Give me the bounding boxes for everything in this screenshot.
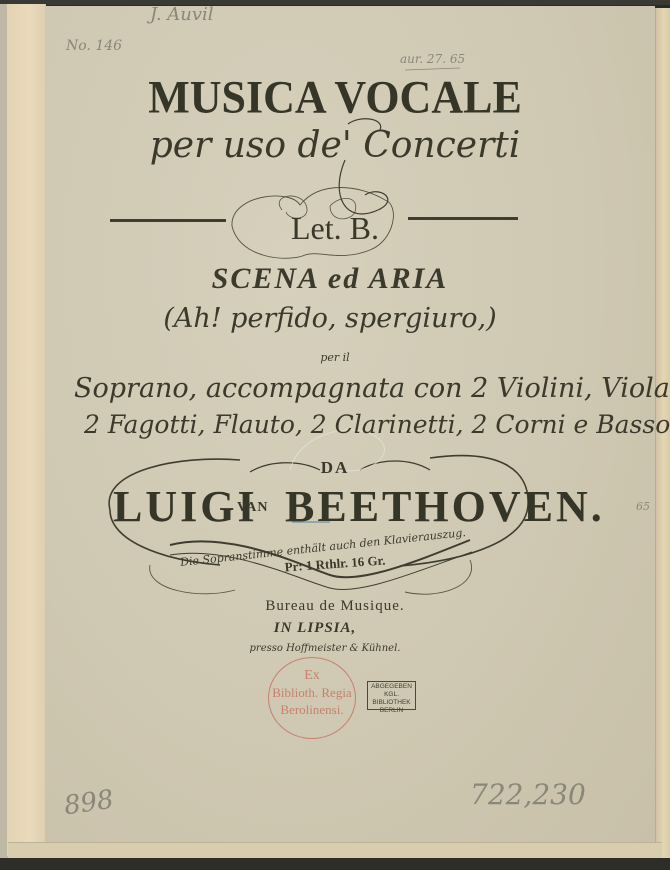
catalog-number-note: No. 146 (66, 38, 122, 54)
library-stamp-box: ABGEGEBEN KGL. BIBLIOTHEK BERLIN (367, 681, 416, 710)
scoring-line-1: Soprano, accompagnata con 2 Violini, Vio… (74, 373, 594, 404)
box-stamp-line-1: ABGEGEBEN (368, 683, 415, 691)
scan-bottom-edge (0, 858, 670, 870)
library-stamp-circle: Ex Biblioth. Regia Berolinensi. (268, 657, 356, 739)
rule-left (110, 219, 226, 222)
composer-particle: VAN (237, 500, 269, 516)
composer-first-name: LUIGI (113, 481, 258, 532)
scoring-line-2: 2 Fagotti, Flauto, 2 Clarinetti, 2 Corni… (84, 410, 604, 439)
scan-top-edge (0, 0, 670, 5)
da-label: DA (290, 458, 380, 478)
right-margin-note: 65 (636, 500, 650, 513)
bottom-right-pencil-number: 722,230 (470, 778, 586, 811)
box-stamp-line-3: BERLIN (368, 707, 415, 715)
work-type: SCENA ed ARIA (180, 262, 480, 296)
composer-last-name: BEETHOVEN. (285, 481, 605, 532)
stamp-line-2: Biblioth. Regia (269, 684, 355, 701)
rule-right (408, 217, 518, 220)
stamp-line-1: Ex (269, 667, 355, 684)
publisher-name: Bureau de Musique. (200, 598, 470, 615)
work-title: (Ah! perfido, spergiuro,) (120, 303, 540, 334)
main-title: MUSICA VOCALE (0, 71, 670, 125)
publisher-partners: presso Hoffmeister & Kühnel. (205, 643, 445, 654)
page-bottom-fold (8, 842, 662, 859)
shelf-note: aur. 27. 65 (400, 52, 465, 66)
left-margin-strip (7, 4, 46, 856)
publisher-city: IN LIPSIA, (240, 620, 390, 637)
subtitle: per uso de' Concerti (90, 125, 580, 166)
pencil-signature: J. Auvil (150, 4, 214, 25)
stamp-line-3: Berolinensi. (269, 701, 355, 718)
letter-designation: Let. B. (255, 210, 415, 247)
per-il: per il (290, 351, 380, 364)
box-stamp-line-2: KGL. BIBLIOTHEK (368, 691, 415, 707)
